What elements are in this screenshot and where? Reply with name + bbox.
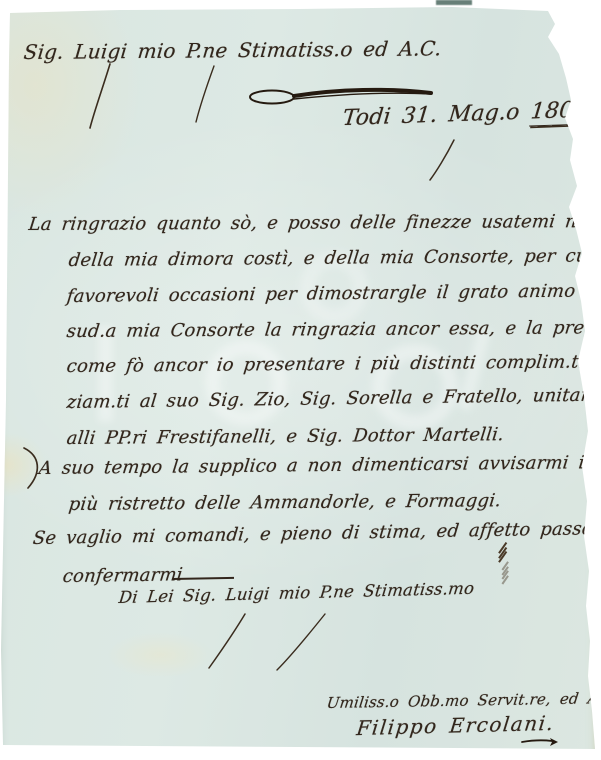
letter-scan-page: { "letter": { "salutation": "Sig. Luigi …: [0, 0, 601, 760]
confermarmi-trailing-dash: [172, 577, 234, 580]
letter-paper: Sig. Luigi mio P.ne Stimatiss.o ed A.C. …: [0, 0, 601, 760]
ink-hatch-marks: [496, 544, 509, 561]
closing-descender-flourish: [205, 612, 375, 672]
signature-arrow-flourish: [520, 734, 560, 748]
body-line: A suo tempo la supplico a non dimenticar…: [38, 451, 601, 479]
body-line: La ringrazio quanto sò, e posso delle fi…: [28, 211, 601, 235]
body-line: ziam.ti al suo Sig. Zio, Sig. Sorella e …: [66, 384, 601, 413]
dateline-year: 1803.: [529, 97, 596, 126]
dateline-place-date: Todi 31. Mag.o: [341, 99, 532, 131]
body-line: confermarmi: [62, 564, 184, 587]
body-line: della mia dimora costì, e della mia Cons…: [68, 245, 601, 271]
watermark-shape: [205, 340, 287, 426]
body-line: favorevoli occasioni per dimostrargle il…: [66, 280, 601, 307]
valediction-line: Umiliss.o Obb.mo Servit.re, ed Am.co: [326, 689, 601, 712]
ink-hatch-marks-faint: [500, 562, 510, 583]
body-line: Se vaglio mi comandi, e pieno di stima, …: [32, 518, 601, 549]
salutation-descender-flourish: [88, 62, 228, 132]
scan-edge-mark: [436, 0, 472, 5]
body-line: alli PP.ri Frestifanelli, e Sig. Dottor …: [66, 424, 506, 449]
body-line: più ristretto delle Ammandorle, e Formag…: [68, 490, 503, 515]
salutation-line: Sig. Luigi mio P.ne Stimatiss.o ed A.C.: [23, 36, 443, 64]
body-line: sud.a mia Consorte la ringrazia ancor es…: [66, 317, 601, 342]
dateline-descender-flourish: [428, 138, 458, 183]
body-line: come fò ancor io presentare i più distin…: [66, 351, 601, 377]
